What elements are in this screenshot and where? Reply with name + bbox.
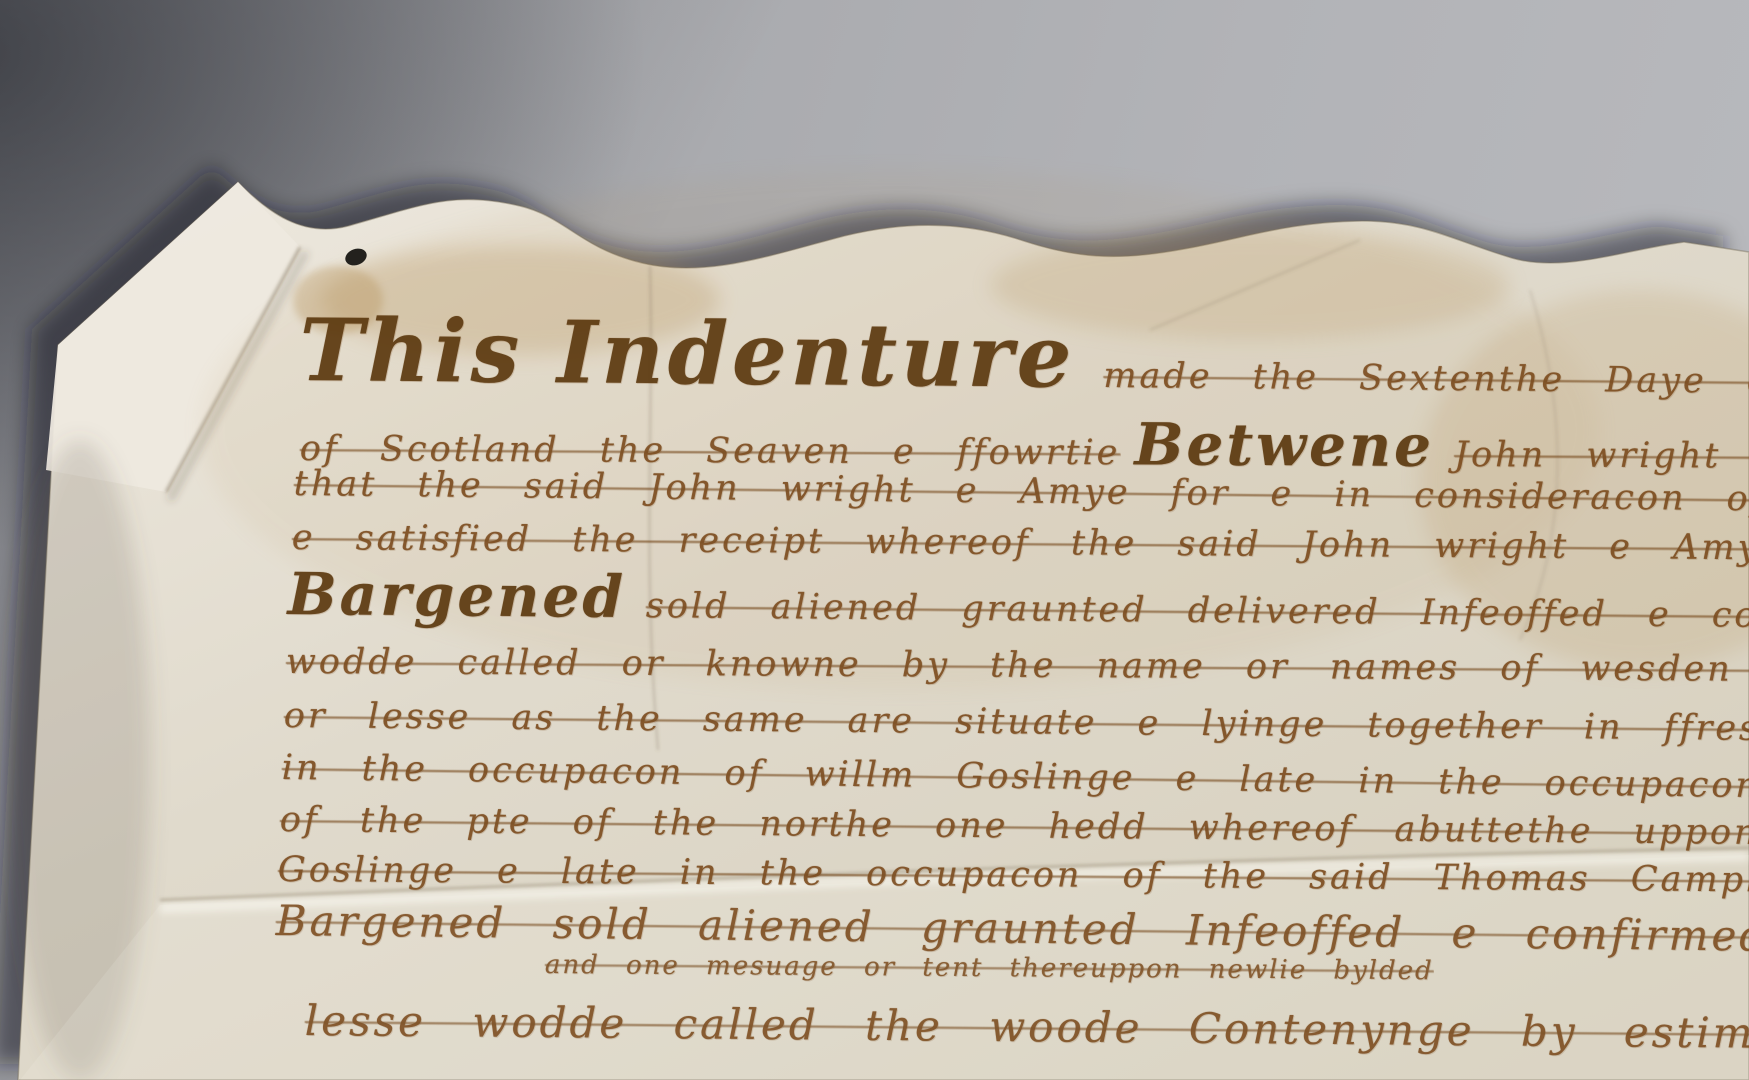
handwritten-text: lesse wodde called the woode Contenynge … xyxy=(305,996,1749,1059)
handwritten-text: Goslinge e late in the occupacon of the … xyxy=(278,850,1749,904)
handwritten-text: or lesse as the same are situate e lying… xyxy=(284,696,1749,753)
manuscript-line: lesse wodde called the woode Contenynge … xyxy=(305,996,1749,1059)
display-word: Bargened xyxy=(287,560,626,631)
display-word: This Indenture xyxy=(299,300,1076,408)
manuscript-line: This Indenturemade the Sextenthe Daye of… xyxy=(299,300,1749,416)
handwritten-text: and one mesuage or tent thereuppon newli… xyxy=(545,950,1434,986)
handwritten-text: John wright of whersted xyxy=(1454,435,1749,478)
manuscript-line: Goslinge e late in the occupacon of the … xyxy=(278,850,1749,904)
manuscript-line: and one mesuage or tent thereuppon newli… xyxy=(545,950,1434,986)
photograph-of-parchment-indenture: This Indenturemade the Sextenthe Daye of… xyxy=(0,0,1749,1080)
manuscript-line: of the pte of the northe one hedd whereo… xyxy=(280,800,1749,857)
handwritten-text: of the pte of the northe one hedd whereo… xyxy=(280,800,1749,857)
handwritten-text: made the Sextenthe Daye of Aprill In xyxy=(1103,356,1749,404)
manuscript-line: or lesse as the same are situate e lying… xyxy=(284,696,1749,753)
manuscript-line: wodde called or knowne by the name or na… xyxy=(286,642,1749,691)
manuscript-line: Bargenedsold aliened graunted delivered … xyxy=(287,560,1749,642)
handwritten-text: sold aliened graunted delivered Infeoffe… xyxy=(646,586,1749,637)
display-word: Betwene xyxy=(1134,410,1434,480)
manuscript-lines: This Indenturemade the Sextenthe Daye of… xyxy=(0,0,1749,1080)
handwritten-text: wodde called or knowne by the name or na… xyxy=(286,642,1749,691)
